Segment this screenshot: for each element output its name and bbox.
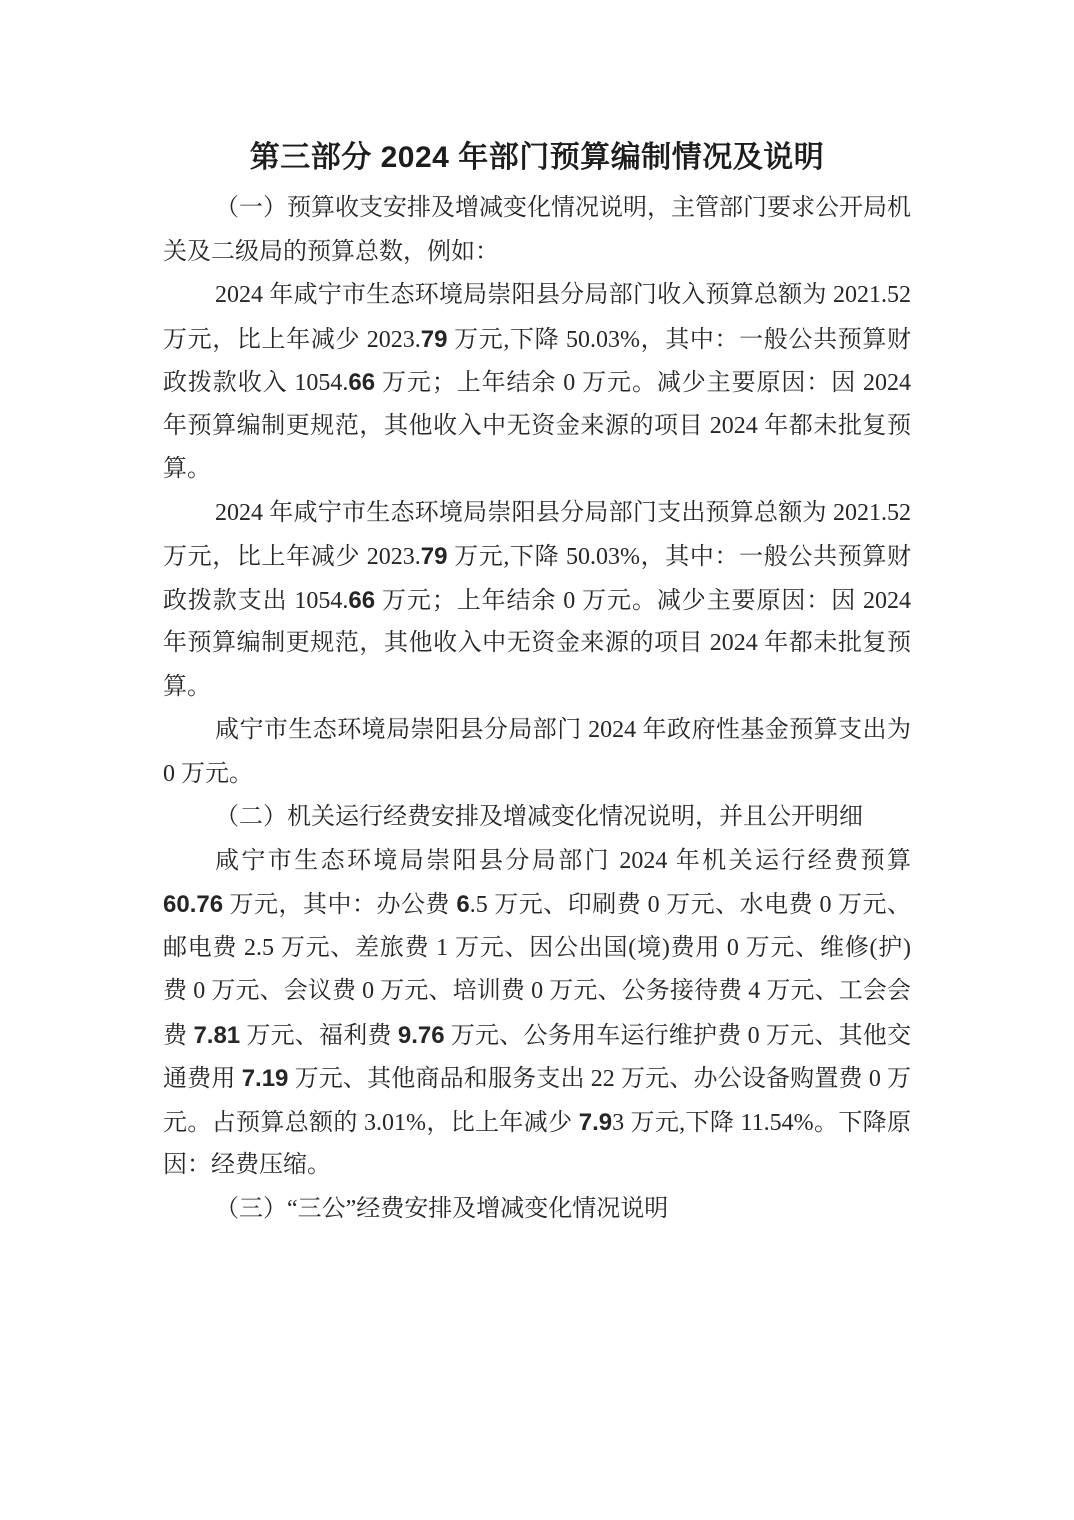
text-segment: 万元；上年结余 0 万元。减少主要原因：因 2024 — [375, 370, 911, 396]
text-segment: 2024 年咸宁市生态环境局崇阳县分局部门支出预算总额为 2021.52 — [215, 500, 911, 526]
document-page: 第三部分 2024 年部门预算编制情况及说明 （一）预算收支安排及增减变化情况说… — [0, 0, 1074, 1520]
text-segment: 万元,下降 50.03%，其中：一般公共预算财 — [447, 544, 911, 570]
paragraph-5-line-1: （二）机关运行经费安排及增减变化情况说明，并且公开明细 — [163, 796, 911, 840]
paragraph-1-line-2: 关及二级局的预算总数，例如： — [163, 231, 911, 275]
paragraph-6-line-7: 元。占预算总额的 3.01%，比上年减少 7.93 万元,下降 11.54%。下… — [163, 1101, 911, 1145]
paragraph-2-line-5: 算。 — [163, 448, 911, 492]
text-segment: 政拨款收入 1054. — [163, 370, 348, 396]
paragraph-3-line-1: 2024 年咸宁市生态环境局崇阳县分局部门支出预算总额为 2021.52 — [163, 492, 911, 536]
bold-number-segment: 7.81 — [193, 1022, 240, 1049]
text-segment: 万元、福利费 — [240, 1023, 398, 1049]
paragraph-6-line-1: 咸宁市生态环境局崇阳县分局部门 2024 年机关运行经费预算 — [163, 840, 911, 884]
text-segment: .5 万元、印刷费 0 万元、水电费 0 万元、 — [470, 892, 911, 918]
paragraph-6-line-8: 因：经费压缩。 — [163, 1144, 911, 1188]
paragraph-7-line-1: （三）“三公”经费安排及增减变化情况说明 — [163, 1188, 911, 1232]
text-segment: 咸宁市生态环境局崇阳县分局部门 2024 年机关运行经费预算 — [215, 848, 911, 874]
text-segment: 因：经费压缩。 — [163, 1152, 331, 1178]
paragraph-3-line-4: 年预算编制更规范，其他收入中无资金来源的项目 2024 年都未批复预 — [163, 622, 911, 666]
paragraph-6-line-3: 邮电费 2.5 万元、差旅费 1 万元、因公出国(境)费用 0 万元、维修(护) — [163, 927, 911, 971]
text-segment: 2024 年咸宁市生态环境局崇阳县分局部门收入预算总额为 2021.52 — [215, 282, 911, 308]
bold-number-segment: 66 — [348, 587, 375, 614]
text-segment: 万元，其中：办公费 — [223, 892, 456, 918]
text-segment: 算。 — [163, 674, 211, 700]
text-segment: 通费用 — [163, 1066, 242, 1092]
bold-number-segment: 79 — [421, 543, 448, 570]
bold-number-segment: 6 — [456, 891, 469, 918]
paragraph-2-line-1: 2024 年咸宁市生态环境局崇阳县分局部门收入预算总额为 2021.52 — [163, 274, 911, 318]
paragraph-6-line-5: 费 7.81 万元、福利费 9.76 万元、公务用车运行维护费 0 万元、其他交 — [163, 1014, 911, 1058]
text-segment: 费 — [163, 1023, 193, 1049]
text-segment: 算。 — [163, 456, 211, 482]
paragraph-4-line-1: 咸宁市生态环境局崇阳县分局部门 2024 年政府性基金预算支出为 — [163, 709, 911, 753]
bold-number-segment: 7.9 — [579, 1109, 612, 1136]
text-segment: （二）机关运行经费安排及增减变化情况说明，并且公开明细 — [215, 804, 863, 830]
text-segment: 万元、其他商品和服务支出 22 万元、办公设备购置费 0 万 — [288, 1066, 911, 1092]
document-body: （一）预算收支安排及增减变化情况说明，主管部门要求公开局机关及二级局的预算总数，… — [163, 187, 911, 1231]
paragraph-3-line-2: 万元，比上年减少 2023.79 万元,下降 50.03%，其中：一般公共预算财 — [163, 535, 911, 579]
text-segment: （三）“三公”经费安排及增减变化情况说明 — [215, 1196, 668, 1222]
document-content: 第三部分 2024 年部门预算编制情况及说明 （一）预算收支安排及增减变化情况说… — [163, 134, 911, 1231]
paragraph-6-line-6: 通费用 7.19 万元、其他商品和服务支出 22 万元、办公设备购置费 0 万 — [163, 1057, 911, 1101]
bold-number-segment: 7.19 — [242, 1065, 289, 1092]
text-segment: 年预算编制更规范，其他收入中无资金来源的项目 2024 年都未批复预 — [163, 630, 911, 656]
document-title: 第三部分 2024 年部门预算编制情况及说明 — [163, 134, 911, 181]
bold-number-segment: 79 — [421, 326, 448, 353]
text-segment: 年预算编制更规范，其他收入中无资金来源的项目 2024 年都未批复预 — [163, 413, 911, 439]
bold-number-segment: 60.76 — [163, 891, 223, 918]
paragraph-4-line-2: 0 万元。 — [163, 753, 911, 797]
bold-number-segment: 9.76 — [398, 1022, 445, 1049]
paragraph-2-line-4: 年预算编制更规范，其他收入中无资金来源的项目 2024 年都未批复预 — [163, 405, 911, 449]
text-segment: 万元、公务用车运行维护费 0 万元、其他交 — [445, 1023, 911, 1049]
paragraph-1-line-1: （一）预算收支安排及增减变化情况说明，主管部门要求公开局机 — [163, 187, 911, 231]
text-segment: 咸宁市生态环境局崇阳县分局部门 2024 年政府性基金预算支出为 — [215, 717, 911, 743]
paragraph-2-line-2: 万元，比上年减少 2023.79 万元,下降 50.03%，其中：一般公共预算财 — [163, 318, 911, 362]
text-segment: 万元，比上年减少 2023. — [163, 544, 421, 570]
text-segment: 万元,下降 50.03%，其中：一般公共预算财 — [447, 327, 911, 353]
paragraph-3-line-5: 算。 — [163, 666, 911, 710]
paragraph-6-line-2: 60.76 万元，其中：办公费 6.5 万元、印刷费 0 万元、水电费 0 万元… — [163, 883, 911, 927]
text-segment: 3 万元,下降 11.54%。下降原 — [612, 1110, 911, 1136]
text-segment: 万元；上年结余 0 万元。减少主要原因：因 2024 — [375, 588, 911, 614]
text-segment: 邮电费 2.5 万元、差旅费 1 万元、因公出国(境)费用 0 万元、维修(护) — [163, 935, 911, 961]
text-segment: 关及二级局的预算总数，例如： — [163, 239, 499, 265]
text-segment: 0 万元。 — [163, 761, 253, 787]
bold-number-segment: 66 — [348, 369, 375, 396]
paragraph-6-line-4: 费 0 万元、会议费 0 万元、培训费 0 万元、公务接待费 4 万元、工会会 — [163, 970, 911, 1014]
paragraph-3-line-3: 政拨款支出 1054.66 万元；上年结余 0 万元。减少主要原因：因 2024 — [163, 579, 911, 623]
text-segment: 元。占预算总额的 3.01%，比上年减少 — [163, 1110, 579, 1136]
text-segment: 费 0 万元、会议费 0 万元、培训费 0 万元、公务接待费 4 万元、工会会 — [163, 978, 911, 1004]
text-segment: （一）预算收支安排及增减变化情况说明，主管部门要求公开局机 — [215, 195, 911, 221]
text-segment: 政拨款支出 1054. — [163, 588, 348, 614]
text-segment: 万元，比上年减少 2023. — [163, 327, 421, 353]
paragraph-2-line-3: 政拨款收入 1054.66 万元；上年结余 0 万元。减少主要原因：因 2024 — [163, 361, 911, 405]
